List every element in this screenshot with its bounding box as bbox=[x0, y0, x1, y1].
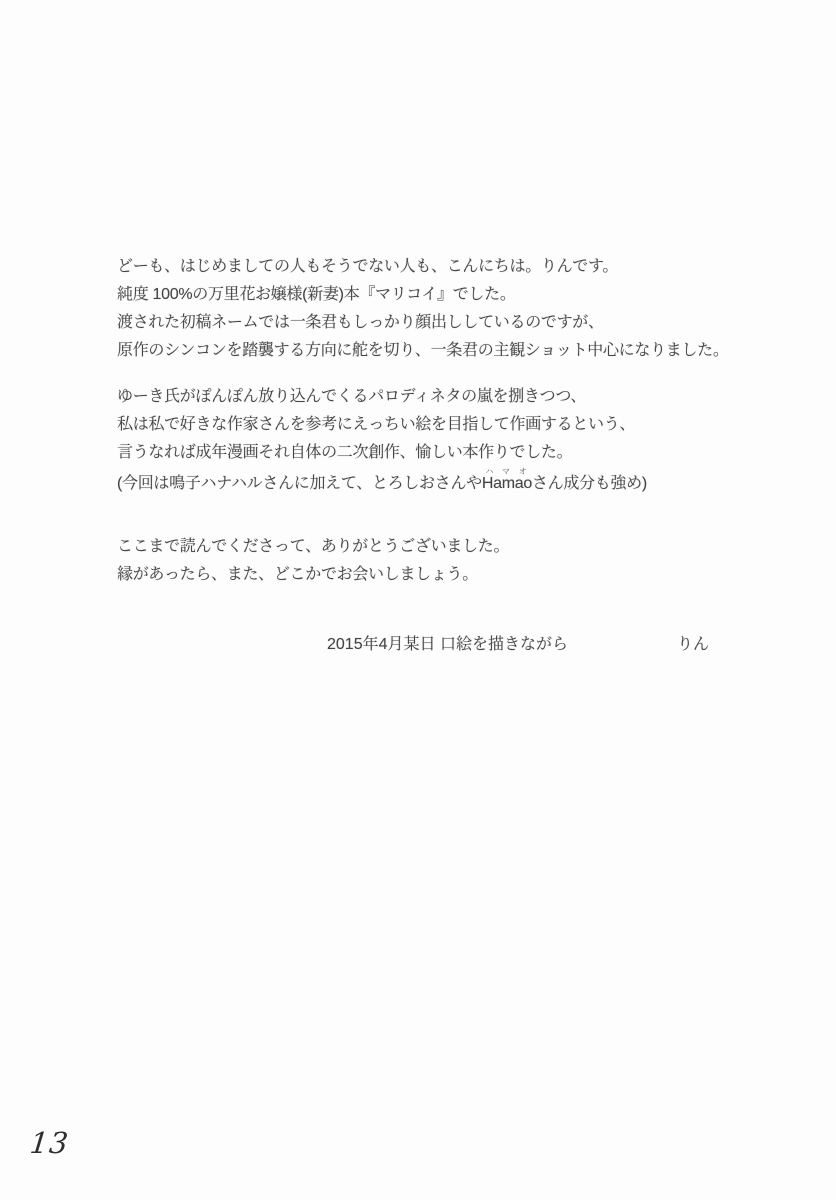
text-line: 縁があったら、また、どこかでお会いしましょう。 bbox=[117, 561, 777, 589]
text-line: 言うなれば成年漫画それ自体の二次創作、愉しい本作りでした。 bbox=[117, 439, 777, 467]
scanned-afterword-page: どーも、はじめましての人もそうでない人も、こんにちは。りんです。 純度 100%… bbox=[0, 0, 836, 1200]
author-name: りん bbox=[677, 631, 709, 659]
text-segment: (今回は鳴子ハナハルさんに加えて、とろしおさんや bbox=[117, 475, 482, 492]
ruby-annotation: Hamaoハマオ bbox=[482, 475, 532, 492]
colophon-line: 2015年4月某日 口絵を描きながら りん bbox=[0, 631, 836, 659]
page-number: 13 bbox=[28, 1126, 70, 1160]
colophon-note: 口絵を描きながら bbox=[440, 631, 568, 659]
paragraph-closing: ここまで読んでくださって、ありがとうございました。 縁があったら、また、どこかで… bbox=[117, 533, 777, 589]
text-line: 純度 100%の万里花お嬢様(新妻)本『マリコイ』でした。 bbox=[117, 281, 777, 309]
paragraph-intro: どーも、はじめましての人もそうでない人も、こんにちは。りんです。 純度 100%… bbox=[117, 253, 777, 365]
text-line: ここまで読んでくださって、ありがとうございました。 bbox=[117, 533, 777, 561]
colophon-date: 2015年4月某日 bbox=[327, 631, 436, 659]
text-line-with-ruby: (今回は鳴子ハナハルさんに加えて、とろしおさんやHamaoハマオさん成分も強め) bbox=[117, 467, 777, 495]
ruby-base-text: Hamao bbox=[482, 475, 532, 492]
ruby-furigana: ハマオ bbox=[482, 467, 532, 476]
text-line: ゆーき氏がぽんぽん放り込んでくるパロディネタの嵐を捌きつつ、 bbox=[117, 383, 777, 411]
text-segment: さん成分も強め) bbox=[532, 475, 647, 492]
text-line: 私は私で好きな作家さんを参考にえっちい絵を目指して作画するという、 bbox=[117, 411, 777, 439]
text-line: 原作のシンコンを踏襲する方向に舵を切り、一条君の主観ショット中心になりました。 bbox=[117, 337, 777, 365]
paragraph-production-notes: ゆーき氏がぽんぽん放り込んでくるパロディネタの嵐を捌きつつ、 私は私で好きな作家… bbox=[117, 383, 777, 495]
text-line: 渡された初稿ネームでは一条君もしっかり顔出ししているのですが、 bbox=[117, 309, 777, 337]
text-line: どーも、はじめましての人もそうでない人も、こんにちは。りんです。 bbox=[117, 253, 777, 281]
